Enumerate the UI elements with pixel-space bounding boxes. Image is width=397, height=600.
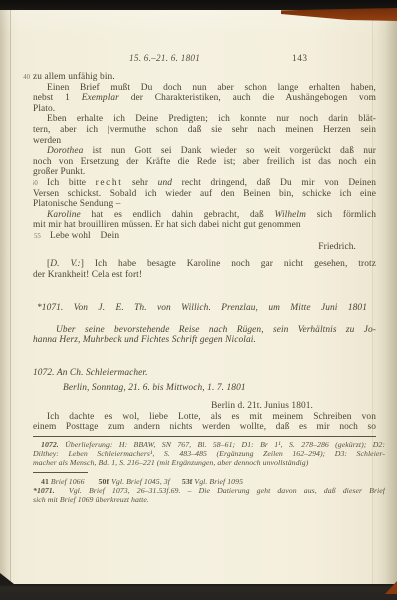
text-segment: Versen schickst. Sobald ich wieder auf d… [33,189,376,199]
text-segment: Platonische Sendung – [33,199,121,209]
text-segment [170,477,182,486]
text-line: Platonische Sendung – [33,199,376,210]
text-line: 55Lebe wohl Dein [33,231,376,242]
line-note: *1071. Vgl. Brief 1073, 26–31.53f.69. – … [33,486,385,495]
text-segment: 41 [41,477,49,486]
text-segment: mit mir hat brouilliren müssen. Er hat s… [33,220,301,230]
header-date-range: 15. 6.–21. 6. 1801 [129,52,200,65]
text-segment: Berlin, Sonntag, 21. 6. bis Mittwoch, 1.… [63,383,246,393]
text-line: Versen schickst. Sobald ich wieder auf d… [33,189,376,200]
text-segment: 50f [99,477,110,486]
text-segment: sehr [122,178,157,188]
text-segment: Friedrich. [318,242,356,252]
text-segment: ist nun Gott sei Dank wieder so weit vor… [83,146,376,156]
spacer [33,393,376,401]
text-line: noch von Ersetzung der Kräfte die Rede i… [33,157,376,168]
apparatus-line: 1072. Überlieferung: H: BBAW, SN 767, Bl… [33,440,385,449]
text-segment: sich förmlich [306,210,376,220]
letter-1071-heading: *1071. Von J. E. Th. von Willich. Prenzl… [33,303,376,314]
text-segment: Überlieferung: H: BBAW, SN 767, Bl. 58–6… [59,440,385,449]
text-segment [85,477,99,486]
spacer [33,346,376,368]
footnote-separator-short [33,472,88,473]
text-line: 40zu allem unfähig bin. [33,72,376,83]
text-segment: sich mit Brief 1069 überkreuzt hatte. [33,495,149,504]
text-segment: Brief 1066 [49,477,85,486]
text-line: Dorothea ist nun Gott sei Dank wieder so… [33,146,376,157]
text-segment: einem Posttage zum andern nichts werden … [33,422,376,432]
text-segment: hanna Herz, Muhrbeck und Fichtes Schrift… [33,335,256,345]
text-line: einem Posttage zum andern nichts werden … [33,422,376,433]
letter-1071-summary: Über seine bevorstehende Reise nach Rüge… [33,325,376,336]
spacer [33,314,376,325]
text-segment: zu allem unfähig bin. [33,72,115,82]
text-segment: D. V.: [50,259,81,269]
text-segment: macher als Mensch, Bd. 1, S. 216–221 (mi… [33,458,308,467]
text-segment: *1071. [33,486,55,495]
text-line: werden [33,136,376,147]
text-segment: Vgl. Brief 1045, 3f [109,477,170,486]
text-segment: noch von Ersetzung der Kräfte die Rede i… [33,157,376,167]
text-line: Friedrich. [33,242,376,253]
text-segment: Einen Brief mußt Du doch nun aber schon … [47,83,376,93]
apparatus-line: macher als Mensch, Bd. 1, S. 216–221 (mi… [33,458,385,467]
text-segment: Vgl. Brief 1073, 26–31.53f.69. – Die Dat… [55,486,385,495]
text-line: Karoline hat es endlich dahin gebracht, … [33,210,376,221]
text-line: 45tern, aber ich |vermuthe schon daß sie… [33,125,376,136]
text-segment: ] Ich habe besagte Karoline noch gar nic… [81,259,376,269]
letter-dateline: Berlin d. 21t. Junius 1801. [33,401,376,412]
text-segment: der Charakteristiken, auch die Aushängeb… [119,93,376,103]
text-segment: werden [33,136,61,146]
text-flow: 40zu allem unfähig bin.Einen Brief mußt … [33,72,376,504]
text-column: 15. 6.–21. 6. 1801 143 40zu allem unfähi… [33,10,376,504]
text-segment: Eben erhalte ich Deine Predigten; ich ko… [47,114,376,124]
spacer [33,252,376,259]
text-line: Plato. [33,104,376,115]
page-left-edge [0,10,10,584]
text-segment: Karoline [47,210,81,220]
page-left-crease [10,10,11,584]
text-line: großer Punkt. [33,167,376,178]
text-segment: recht [96,178,123,188]
text-line: Einen Brief mußt Du doch nun aber schon … [33,83,376,94]
text-segment: Plato. [33,104,55,114]
text-line: der Krankheit! Cela est fort! [33,270,376,281]
book-page: 15. 6.–21. 6. 1801 143 40zu allem unfähi… [0,10,397,584]
text-segment: 1072. [41,440,59,449]
text-segment: Wilhelm [275,210,306,220]
spacer [33,280,376,303]
text-line: [D. V.:] Ich habe besagte Karoline noch … [33,259,376,270]
margin-line-number: 40 [17,73,30,83]
text-line: 50Ich bitte recht sehr und recht dringen… [33,178,376,189]
text-segment: tern, aber ich |vermuthe schon daß sie s… [33,125,376,135]
letter-1072-heading: 1072. An Ch. Schleiermacher. [33,368,376,379]
text-line: mit mir hat brouilliren müssen. Er hat s… [33,220,376,231]
text-segment: Ich dachte es wol, liebe Lotte, als es m… [47,412,376,422]
text-line: nebst 1 Exemplar der Charakteristiken, a… [33,93,376,104]
bottom-dark-band [0,584,397,600]
text-segment: 1072. An Ch. Schleiermacher. [33,368,148,378]
text-segment: nebst 1 [33,93,82,103]
text-segment: Dilthey: Leben Schleiermachers¹, S. 483–… [33,449,385,458]
text-segment: großer Punkt. [33,167,85,177]
text-segment: Dorothea [47,146,83,156]
line-note: sich mit Brief 1069 überkreuzt hatte. [33,495,385,504]
text-segment: 53f [182,477,193,486]
running-header: 15. 6.–21. 6. 1801 143 [33,52,376,65]
text-segment: Berlin d. 21t. Junius 1801. [211,401,313,411]
text-segment: Exemplar [82,93,119,103]
footnote-rule [33,436,376,437]
text-segment: *1071. Von J. E. Th. von Willich. Prenzl… [37,303,367,313]
apparatus-line: Dilthey: Leben Schleiermachers¹, S. 483–… [33,449,385,458]
text-segment: Lebe wohl Dein [50,231,119,241]
line-note: 41 Brief 1066 50f Vgl. Brief 1045, 3f 53… [33,477,385,486]
text-segment: Über seine bevorstehende Reise nach Rüge… [56,325,376,335]
letter-1072-heading: Berlin, Sonntag, 21. 6. bis Mittwoch, 1.… [33,383,376,394]
page-number: 143 [292,52,308,65]
text-line: Eben erhalte ich Deine Predigten; ich ko… [33,114,376,125]
text-segment: Ich bitte [47,178,96,188]
text-segment: Vgl. Brief 1095 [192,477,243,486]
text-segment: und [158,178,172,188]
text-segment: der Krankheit! Cela est fort! [33,270,142,280]
letter-1071-summary: hanna Herz, Muhrbeck und Fichtes Schrift… [33,335,376,346]
text-segment: hat es endlich dahin gebracht, daß [81,210,275,220]
margin-line-number: 55 [17,232,30,242]
book-page-scan: 15. 6.–21. 6. 1801 143 40zu allem unfähi… [0,0,397,600]
text-line: Ich dachte es wol, liebe Lotte, als es m… [33,412,376,423]
text-segment: recht dringend, daß Du mir von Deinen [172,178,376,188]
